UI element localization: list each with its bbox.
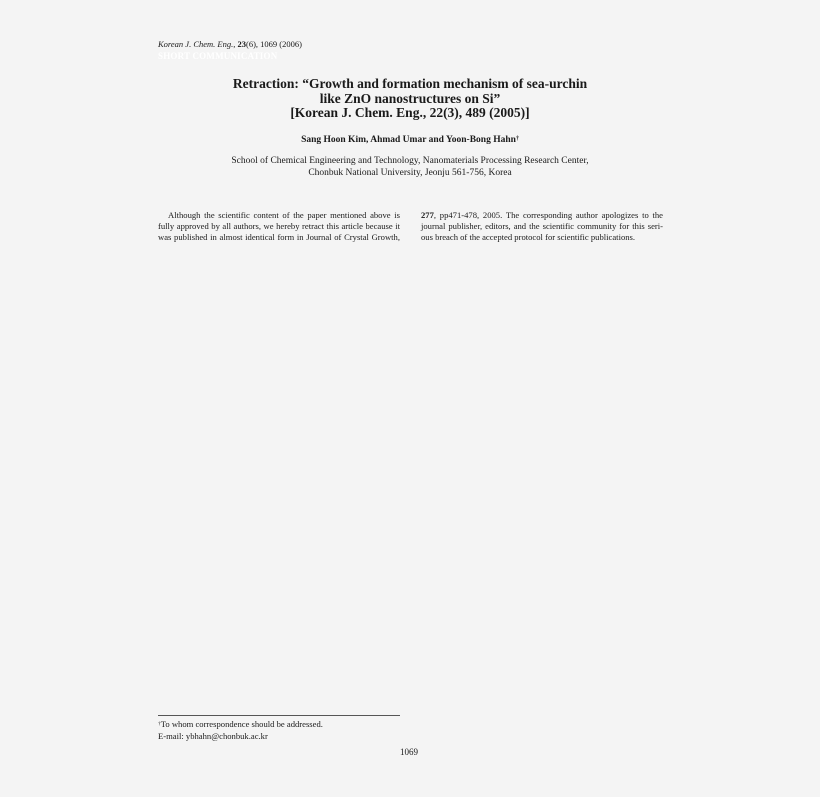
page: { "header": { "journal": "Korean J. Chem… (0, 0, 820, 797)
footnote: †To whom correspondence should be addres… (158, 718, 323, 742)
footnote-divider (158, 715, 400, 716)
body-right-column: 277, pp471-478, 2005. The corresponding … (421, 210, 663, 244)
section-label: SHORT COMMUNICATION (158, 51, 277, 62)
footnote-email: E-mail: ybhahn@chonbuk.ac.kr (158, 730, 323, 742)
title-line: [Korean J. Chem. Eng., 22(3), 489 (2005)… (200, 106, 620, 121)
cited-volume: 277 (421, 210, 434, 220)
authors-text: Sang Hoon Kim, Ahmad Umar and Yoon-Bong … (301, 135, 516, 145)
page-number: 1069 (400, 747, 418, 758)
journal-volume: 23 (237, 39, 246, 49)
body-line: journal publisher, editors, and the scie… (421, 221, 663, 232)
issue-pages-year: (6), 1069 (2006) (246, 39, 302, 49)
journal-name: Korean J. Chem. Eng. (158, 39, 233, 49)
body-line: ous breach of the accepted protocol for … (421, 232, 663, 243)
affiliation-line: School of Chemical Engineering and Techn… (180, 156, 640, 168)
author-list: Sang Hoon Kim, Ahmad Umar and Yoon-Bong … (200, 134, 620, 146)
body-left-column: Although the scientific content of the p… (158, 210, 400, 244)
body-line: fully approved by all authors, we hereby… (158, 221, 400, 232)
body-line: was published in almost identical form i… (158, 232, 400, 243)
citation-rest: , pp471-478, 2005. The corresponding aut… (434, 210, 663, 220)
affiliation: School of Chemical Engineering and Techn… (180, 156, 640, 179)
footnote-correspondence: †To whom correspondence should be addres… (158, 718, 323, 730)
title-line: like ZnO nanostructures on Si” (200, 92, 620, 107)
body-line: 277, pp471-478, 2005. The corresponding … (421, 210, 663, 221)
running-head: Korean J. Chem. Eng., 23(6), 1069 (2006) (158, 39, 302, 50)
article-title: Retraction: “Growth and formation mechan… (200, 77, 620, 121)
corresponding-author-mark: † (516, 136, 519, 142)
affiliation-line: Chonbuk National University, Jeonju 561-… (180, 168, 640, 180)
correspondence-text: To whom correspondence should be address… (161, 719, 323, 729)
title-line: Retraction: “Growth and formation mechan… (200, 77, 620, 92)
body-line: Although the scientific content of the p… (158, 210, 400, 221)
